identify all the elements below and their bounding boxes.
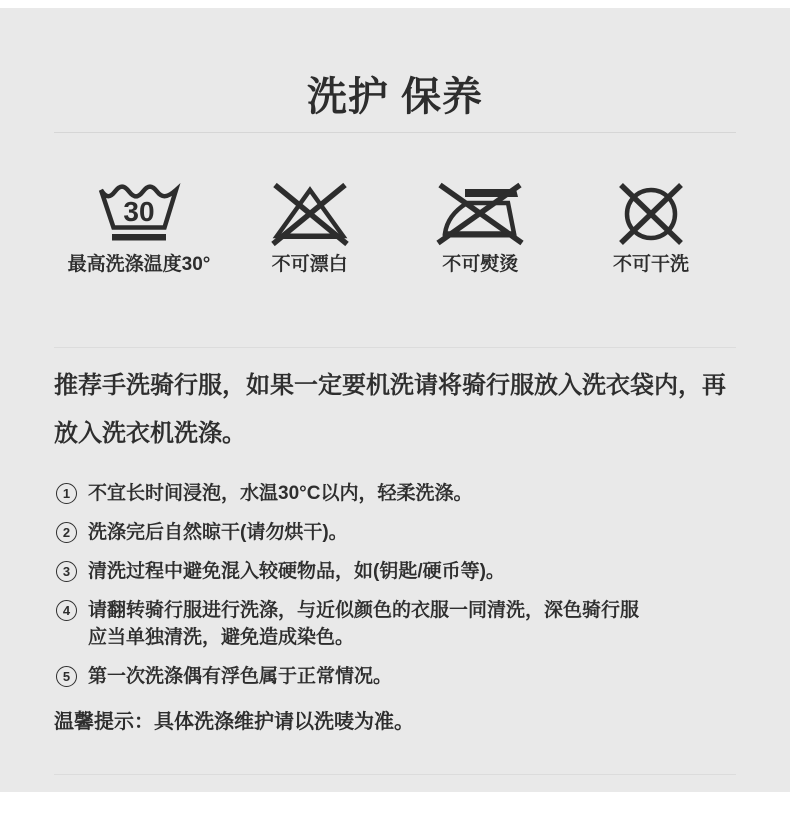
care-symbol-label: 不可漂白 — [272, 253, 348, 277]
no-iron-icon — [436, 181, 524, 247]
care-symbol-no-iron: 不可熨烫 — [399, 181, 561, 277]
care-symbol-label: 最高洗涤温度30° — [68, 253, 211, 277]
instruction-text: 请翻转骑行服进行洗涤，与近似颜色的衣服一同清洗，深色骑行服应当单独清洗，避免造成… — [88, 597, 648, 651]
instruction-item: 2 洗涤完后自然晾干(请勿烘干)。 — [54, 519, 736, 546]
item-number-badge: 3 — [56, 561, 77, 582]
instruction-list: 1 不宜长时间浸泡，水温30°C以内，轻柔洗涤。 2 洗涤完后自然晾干(请勿烘干… — [54, 480, 736, 690]
wash-temp-number: 30 — [123, 196, 154, 227]
instruction-text: 第一次洗涤偶有浮色属于正常情况。 — [88, 663, 648, 690]
care-symbol-label: 不可熨烫 — [442, 253, 518, 277]
care-panel: 洗护 保养 30 最高洗涤温度30° 不可漂白 — [0, 8, 790, 792]
item-number-badge: 2 — [56, 522, 77, 543]
item-number-badge: 4 — [56, 600, 77, 621]
note-text: 温馨提示：具体洗涤维护请以洗唛为准。 — [54, 708, 736, 736]
instruction-item: 4 请翻转骑行服进行洗涤，与近似颜色的衣服一同清洗，深色骑行服应当单独清洗，避免… — [54, 597, 736, 651]
page-title: 洗护 保养 — [54, 73, 736, 121]
title-divider — [54, 132, 736, 133]
care-symbols-row: 30 最高洗涤温度30° 不可漂白 — [54, 181, 736, 277]
care-symbol-no-bleach: 不可漂白 — [229, 181, 391, 277]
care-symbol-label: 不可干洗 — [613, 253, 689, 277]
care-symbol-wash-30: 30 最高洗涤温度30° — [58, 181, 220, 277]
instruction-item: 3 清洗过程中避免混入较硬物品，如(钥匙/硬币等)。 — [54, 558, 736, 585]
wash-30-icon: 30 — [96, 181, 182, 247]
instruction-text: 不宜长时间浸泡，水温30°C以内，轻柔洗涤。 — [88, 480, 648, 507]
intro-text: 推荐手洗骑行服，如果一定要机洗请将骑行服放入洗衣袋内，再放入洗衣机洗涤。 — [54, 362, 736, 458]
instruction-item: 5 第一次洗涤偶有浮色属于正常情况。 — [54, 663, 736, 690]
no-bleach-icon — [268, 181, 352, 247]
no-dry-clean-icon — [609, 181, 693, 247]
instruction-item: 1 不宜长时间浸泡，水温30°C以内，轻柔洗涤。 — [54, 480, 736, 507]
bottom-divider — [54, 774, 736, 775]
item-number-badge: 1 — [56, 483, 77, 504]
item-number-badge: 5 — [56, 666, 77, 687]
instruction-text: 清洗过程中避免混入较硬物品，如(钥匙/硬币等)。 — [88, 558, 648, 585]
section-divider — [54, 347, 736, 348]
care-symbol-no-dry-clean: 不可干洗 — [570, 181, 732, 277]
instruction-text: 洗涤完后自然晾干(请勿烘干)。 — [88, 519, 648, 546]
